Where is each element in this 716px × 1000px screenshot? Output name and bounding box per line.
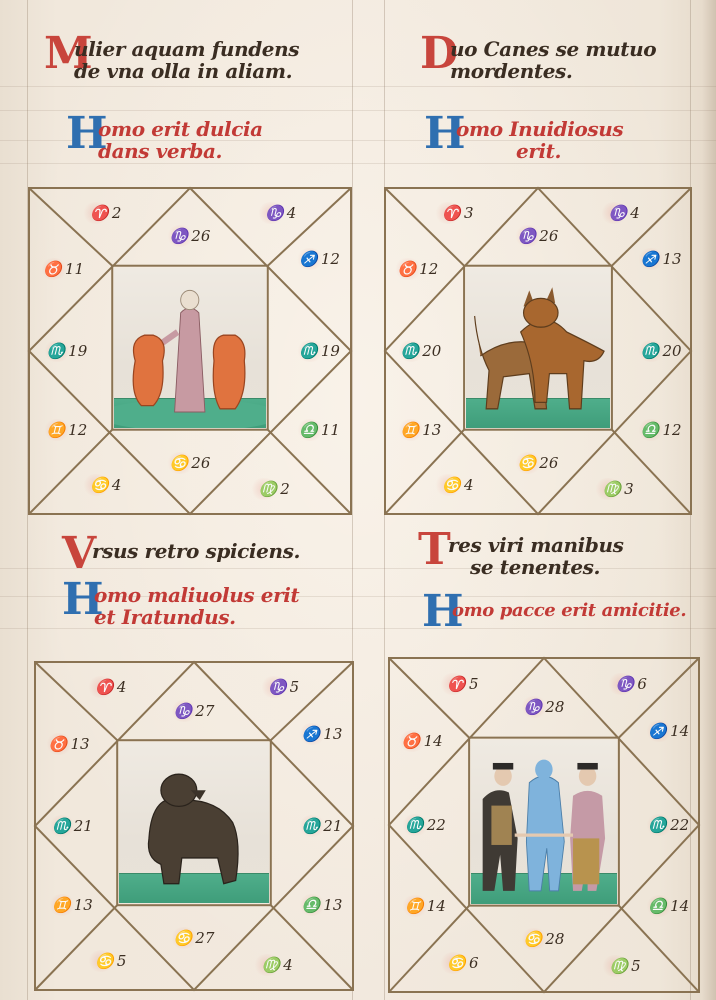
panel-4-meaning: H omo pacce erit amicitie. bbox=[422, 592, 712, 636]
central-miniature bbox=[114, 268, 266, 428]
meaning-line: et Iratundus. bbox=[94, 606, 299, 628]
horoscope-chart-4: ♈5♑28♑6♐14♏22♎14♍5♋28♋6♊14♏22♉14 bbox=[388, 657, 700, 993]
central-miniature bbox=[471, 740, 617, 904]
house-top-right: ♑4 bbox=[609, 205, 640, 221]
libra-sign-icon: ♎ bbox=[299, 421, 318, 439]
degree-value: 26 bbox=[191, 454, 210, 472]
meaning-line: omo pacce erit amicitie. bbox=[452, 600, 686, 622]
degree-value: 13 bbox=[323, 725, 342, 743]
libra-sign-icon: ♎ bbox=[302, 896, 321, 914]
degree-value: 26 bbox=[539, 227, 558, 245]
scorpio-sign-icon: ♏ bbox=[405, 816, 424, 834]
degree-value: 26 bbox=[191, 227, 210, 245]
scorpio-sign-icon: ♏ bbox=[648, 816, 667, 834]
house-left-lower: ♊14 bbox=[405, 898, 446, 914]
scorpio-sign-icon: ♏ bbox=[299, 342, 318, 360]
panel-2-title: D uo Canes se mutuo mordentes. bbox=[420, 28, 700, 88]
sagittarius-sign-icon: ♐ bbox=[299, 250, 318, 268]
house-bottom-right: ♍4 bbox=[262, 957, 293, 973]
house-left-center: ♏21 bbox=[52, 818, 93, 834]
aries-sign-icon: ♈ bbox=[95, 678, 114, 696]
degree-value: 19 bbox=[68, 342, 87, 360]
scorpio-sign-icon: ♏ bbox=[641, 342, 660, 360]
degree-value: 28 bbox=[545, 698, 564, 716]
title-line: de vna olla in aliam. bbox=[74, 60, 299, 82]
degree-value: 20 bbox=[662, 342, 681, 360]
two-dogs-illustration bbox=[466, 268, 610, 428]
degree-value: 28 bbox=[545, 930, 564, 948]
virgo-sign-icon: ♍ bbox=[259, 480, 278, 498]
capricorn-sign-icon: ♑ bbox=[265, 204, 284, 222]
degree-value: 5 bbox=[290, 678, 300, 696]
panel-2-meaning: H omo Inuidiosus erit. bbox=[424, 110, 694, 170]
cancer-sign-icon: ♋ bbox=[442, 476, 461, 494]
sagittarius-sign-icon: ♐ bbox=[641, 250, 660, 268]
degree-value: 14 bbox=[670, 897, 689, 915]
degree-value: 12 bbox=[321, 250, 340, 268]
meaning-line: omo Inuidiosus bbox=[456, 118, 623, 140]
meaning-line: omo erit dulcia bbox=[98, 118, 263, 140]
capricorn-sign-icon: ♑ bbox=[170, 227, 189, 245]
house-left-upper: ♉11 bbox=[43, 261, 84, 277]
cancer-sign-icon: ♋ bbox=[518, 454, 537, 472]
degree-value: 13 bbox=[422, 421, 441, 439]
title-line: res viri manibus bbox=[448, 534, 623, 556]
house-left-upper: ♉14 bbox=[402, 733, 443, 749]
house-bottom-left: ♋6 bbox=[447, 955, 478, 971]
degree-value: 14 bbox=[670, 722, 689, 740]
degree-value: 4 bbox=[630, 204, 640, 222]
page-gutter-shadow bbox=[702, 0, 716, 1000]
virgo-sign-icon: ♍ bbox=[609, 957, 628, 975]
house-right-center: ♏22 bbox=[648, 817, 689, 833]
degree-value: 4 bbox=[283, 956, 293, 974]
panel-3-title: V rsus retro spiciens. bbox=[62, 534, 362, 574]
degree-value: 21 bbox=[74, 817, 93, 835]
degree-value: 5 bbox=[117, 952, 127, 970]
meaning-line: omo maliuolus erit bbox=[94, 584, 299, 606]
house-top-right: ♑4 bbox=[265, 205, 296, 221]
degree-value: 22 bbox=[427, 816, 446, 834]
cancer-sign-icon: ♋ bbox=[174, 929, 193, 947]
degree-value: 6 bbox=[637, 675, 647, 693]
house-left-lower: ♊13 bbox=[52, 897, 93, 913]
degree-value: 20 bbox=[422, 342, 441, 360]
house-right-lower: ♎12 bbox=[641, 422, 682, 438]
degree-value: 26 bbox=[539, 454, 558, 472]
house-top-center: ♑27 bbox=[174, 703, 215, 719]
gemini-sign-icon: ♊ bbox=[52, 896, 71, 914]
capricorn-sign-icon: ♑ bbox=[524, 698, 543, 716]
taurus-sign-icon: ♉ bbox=[43, 260, 62, 278]
capricorn-sign-icon: ♑ bbox=[609, 204, 628, 222]
house-left-lower: ♊13 bbox=[401, 422, 442, 438]
house-bottom-left: ♋4 bbox=[442, 477, 473, 493]
libra-sign-icon: ♎ bbox=[641, 421, 660, 439]
meaning-line: erit. bbox=[456, 140, 623, 162]
capricorn-sign-icon: ♑ bbox=[616, 675, 635, 693]
house-right-upper: ♐12 bbox=[299, 251, 340, 267]
capricorn-sign-icon: ♑ bbox=[268, 678, 287, 696]
scorpio-sign-icon: ♏ bbox=[46, 342, 65, 360]
degree-value: 13 bbox=[70, 735, 89, 753]
house-top-left: ♈5 bbox=[447, 676, 478, 692]
degree-value: 3 bbox=[624, 480, 634, 498]
capricorn-sign-icon: ♑ bbox=[174, 702, 193, 720]
house-left-center: ♏20 bbox=[401, 343, 442, 359]
panel-4-title: T res viri manibus se tenentes. bbox=[418, 528, 698, 588]
house-top-left: ♈3 bbox=[442, 205, 473, 221]
woman-pouring-illustration bbox=[114, 268, 266, 428]
house-top-right: ♑6 bbox=[616, 676, 647, 692]
sagittarius-sign-icon: ♐ bbox=[302, 725, 321, 743]
rubric-initial: T bbox=[418, 528, 451, 572]
degree-value: 13 bbox=[323, 896, 342, 914]
house-right-center: ♏21 bbox=[302, 818, 343, 834]
house-bottom-center: ♋26 bbox=[518, 455, 559, 471]
degree-value: 27 bbox=[195, 702, 214, 720]
horoscope-chart-1: ♈2♑26♑4♐12♏19♎11♍2♋26♋4♊12♏19♉11 bbox=[28, 187, 352, 515]
house-left-upper: ♉12 bbox=[397, 261, 438, 277]
bear-illustration bbox=[119, 742, 269, 903]
house-bottom-right: ♍5 bbox=[609, 958, 640, 974]
sagittarius-sign-icon: ♐ bbox=[648, 722, 667, 740]
title-line: mordentes. bbox=[450, 60, 656, 82]
house-bottom-center: ♋27 bbox=[174, 930, 215, 946]
house-top-right: ♑5 bbox=[268, 679, 299, 695]
capricorn-sign-icon: ♑ bbox=[518, 227, 537, 245]
meaning-line: dans verba. bbox=[98, 140, 263, 162]
central-miniature bbox=[119, 742, 269, 903]
taurus-sign-icon: ♉ bbox=[397, 260, 416, 278]
panel-1-title: M ulier aquam fundens de vna olla in ali… bbox=[44, 28, 354, 88]
taurus-sign-icon: ♉ bbox=[402, 732, 421, 750]
house-bottom-right: ♍3 bbox=[602, 481, 633, 497]
cancer-sign-icon: ♋ bbox=[95, 952, 114, 970]
degree-value: 5 bbox=[631, 957, 641, 975]
degree-value: 4 bbox=[287, 204, 297, 222]
degree-value: 27 bbox=[195, 929, 214, 947]
house-right-lower: ♎14 bbox=[648, 898, 689, 914]
degree-value: 21 bbox=[323, 817, 342, 835]
house-right-center: ♏20 bbox=[641, 343, 682, 359]
degree-value: 22 bbox=[670, 816, 689, 834]
house-top-left: ♈4 bbox=[95, 679, 126, 695]
house-right-lower: ♎11 bbox=[299, 422, 340, 438]
house-bottom-left: ♋5 bbox=[95, 953, 126, 969]
cancer-sign-icon: ♋ bbox=[447, 954, 466, 972]
panel-3-meaning: H omo maliuolus erit et Iratundus. bbox=[62, 578, 362, 638]
house-bottom-right: ♍2 bbox=[259, 481, 290, 497]
central-miniature bbox=[466, 268, 610, 428]
title-line: ulier aquam fundens bbox=[74, 38, 299, 60]
house-top-center: ♑28 bbox=[524, 699, 565, 715]
degree-value: 2 bbox=[280, 480, 290, 498]
virgo-sign-icon: ♍ bbox=[262, 956, 281, 974]
cancer-sign-icon: ♋ bbox=[170, 454, 189, 472]
house-right-center: ♏19 bbox=[299, 343, 340, 359]
degree-value: 5 bbox=[469, 675, 479, 693]
house-left-center: ♏19 bbox=[46, 343, 87, 359]
degree-value: 13 bbox=[662, 250, 681, 268]
scorpio-sign-icon: ♏ bbox=[401, 342, 420, 360]
house-bottom-center: ♋26 bbox=[170, 455, 211, 471]
degree-value: 13 bbox=[74, 896, 93, 914]
taurus-sign-icon: ♉ bbox=[49, 735, 68, 753]
aries-sign-icon: ♈ bbox=[442, 204, 461, 222]
house-right-lower: ♎13 bbox=[302, 897, 343, 913]
house-left-center: ♏22 bbox=[405, 817, 446, 833]
degree-value: 19 bbox=[321, 342, 340, 360]
degree-value: 4 bbox=[464, 476, 474, 494]
degree-value: 4 bbox=[112, 476, 122, 494]
cancer-sign-icon: ♋ bbox=[524, 930, 543, 948]
degree-value: 12 bbox=[68, 421, 87, 439]
horoscope-chart-3: ♈4♑27♑5♐13♏21♎13♍4♋27♋5♊13♏21♉13 bbox=[34, 661, 354, 991]
title-line: uo Canes se mutuo bbox=[450, 38, 656, 60]
cancer-sign-icon: ♋ bbox=[90, 476, 109, 494]
gemini-sign-icon: ♊ bbox=[401, 421, 420, 439]
scorpio-sign-icon: ♏ bbox=[302, 817, 321, 835]
title-line: rsus retro spiciens. bbox=[92, 540, 300, 562]
horoscope-chart-2: ♈3♑26♑4♐13♏20♎12♍3♋26♋4♊13♏20♉12 bbox=[384, 187, 692, 515]
degree-value: 12 bbox=[419, 260, 438, 278]
virgo-sign-icon: ♍ bbox=[602, 480, 621, 498]
degree-value: 3 bbox=[464, 204, 474, 222]
libra-sign-icon: ♎ bbox=[648, 897, 667, 915]
degree-value: 12 bbox=[662, 421, 681, 439]
panel-1-meaning: H omo erit dulcia dans verba. bbox=[66, 110, 346, 170]
degree-value: 4 bbox=[117, 678, 127, 696]
manuscript-page: M ulier aquam fundens de vna olla in ali… bbox=[0, 0, 716, 1000]
degree-value: 6 bbox=[469, 954, 479, 972]
house-left-lower: ♊12 bbox=[46, 422, 87, 438]
house-right-upper: ♐14 bbox=[648, 723, 689, 739]
house-top-center: ♑26 bbox=[518, 228, 559, 244]
degree-value: 14 bbox=[427, 897, 446, 915]
gemini-sign-icon: ♊ bbox=[405, 897, 424, 915]
degree-value: 11 bbox=[321, 421, 340, 439]
house-right-upper: ♐13 bbox=[641, 251, 682, 267]
house-left-upper: ♉13 bbox=[49, 736, 90, 752]
house-top-center: ♑26 bbox=[170, 228, 211, 244]
scorpio-sign-icon: ♏ bbox=[52, 817, 71, 835]
three-men-illustration bbox=[471, 740, 617, 904]
house-top-left: ♈2 bbox=[90, 205, 121, 221]
house-bottom-left: ♋4 bbox=[90, 477, 121, 493]
title-line: se tenentes. bbox=[448, 556, 623, 578]
gemini-sign-icon: ♊ bbox=[46, 421, 65, 439]
degree-value: 11 bbox=[65, 260, 84, 278]
aries-sign-icon: ♈ bbox=[447, 675, 466, 693]
degree-value: 2 bbox=[112, 204, 122, 222]
house-bottom-center: ♋28 bbox=[524, 931, 565, 947]
house-right-upper: ♐13 bbox=[302, 726, 343, 742]
aries-sign-icon: ♈ bbox=[90, 204, 109, 222]
degree-value: 14 bbox=[424, 732, 443, 750]
